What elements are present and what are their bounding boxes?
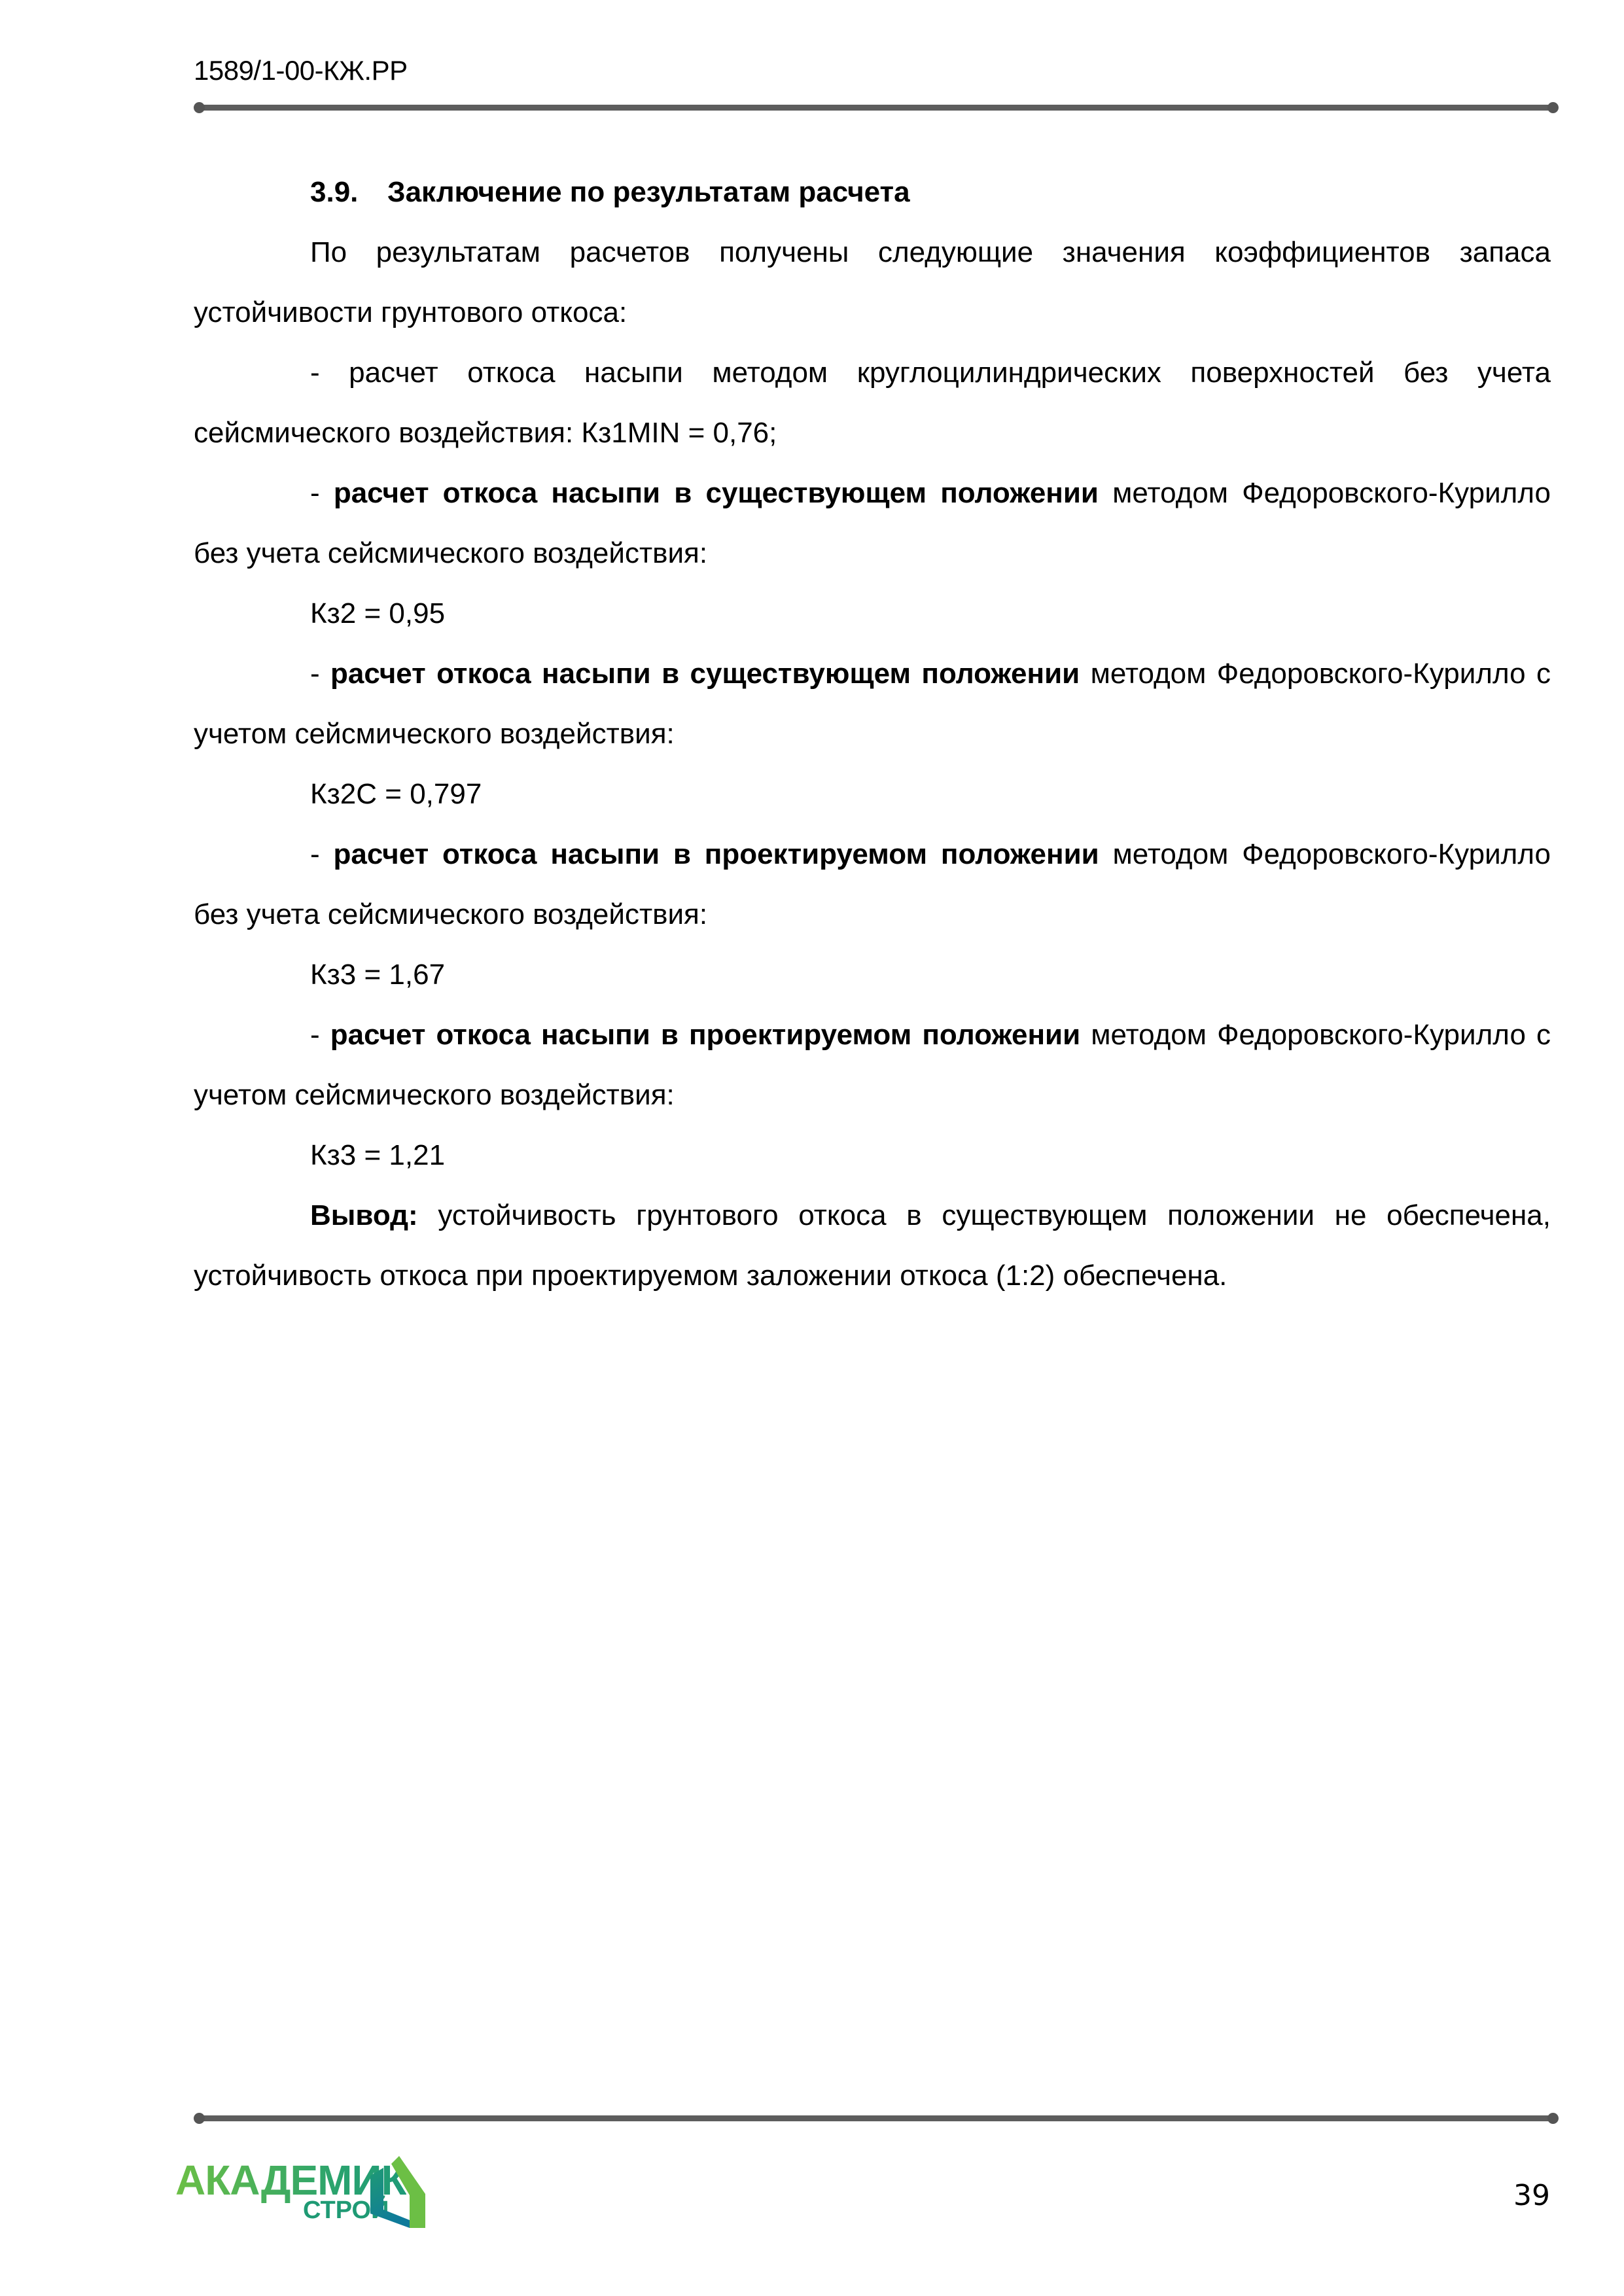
result-item-2-bold: расчет откоса насыпи в существующем поло… (334, 477, 1099, 509)
result-item-2: - расчет откоса насыпи в существующем по… (194, 463, 1551, 584)
result-item-5: - расчет откоса насыпи в проектируемом п… (194, 1005, 1551, 1125)
conclusion-paragraph: Вывод: устойчивость грунтового откоса в … (194, 1186, 1551, 1306)
document-code: 1589/1-00-КЖ.РР (194, 55, 408, 86)
result-value-4: Кз3 = 1,67 (194, 945, 1551, 1005)
header-divider (196, 105, 1556, 111)
house-icon (370, 2156, 425, 2228)
page-number: 39 (1513, 2179, 1550, 2212)
result-value-5: Кз3 = 1,21 (194, 1125, 1551, 1186)
footer-divider (196, 2115, 1556, 2121)
result-value-2: Кз2 = 0,95 (194, 584, 1551, 644)
conclusion-label: Вывод: (310, 1199, 418, 1231)
result-item-4: - расчет откоса насыпи в проектируемом п… (194, 824, 1551, 945)
result-item-1: - расчет откоса насыпи методом круглоцил… (194, 343, 1551, 463)
result-item-3-bold: расчет откоса насыпи в существующем поло… (330, 658, 1080, 690)
result-item-5-bold: расчет откоса насыпи в проектируемом пол… (330, 1019, 1080, 1051)
section-title: Заключение по результатам расчета (387, 176, 910, 208)
company-logo: АКАДЕМИК СТРОЙ (175, 2156, 437, 2228)
section-heading: 3.9.Заключение по результатам расчета (194, 162, 1551, 222)
intro-paragraph: По результатам расчетов получены следующ… (194, 222, 1551, 343)
section-number: 3.9. (310, 162, 387, 222)
result-item-4-bold: расчет откоса насыпи в проектируемом пол… (333, 838, 1099, 870)
section-body: 3.9.Заключение по результатам расчета По… (194, 162, 1551, 1306)
result-value-3: Кз2С = 0,797 (194, 764, 1551, 824)
result-item-3: - расчет откоса насыпи в существующем по… (194, 644, 1551, 764)
